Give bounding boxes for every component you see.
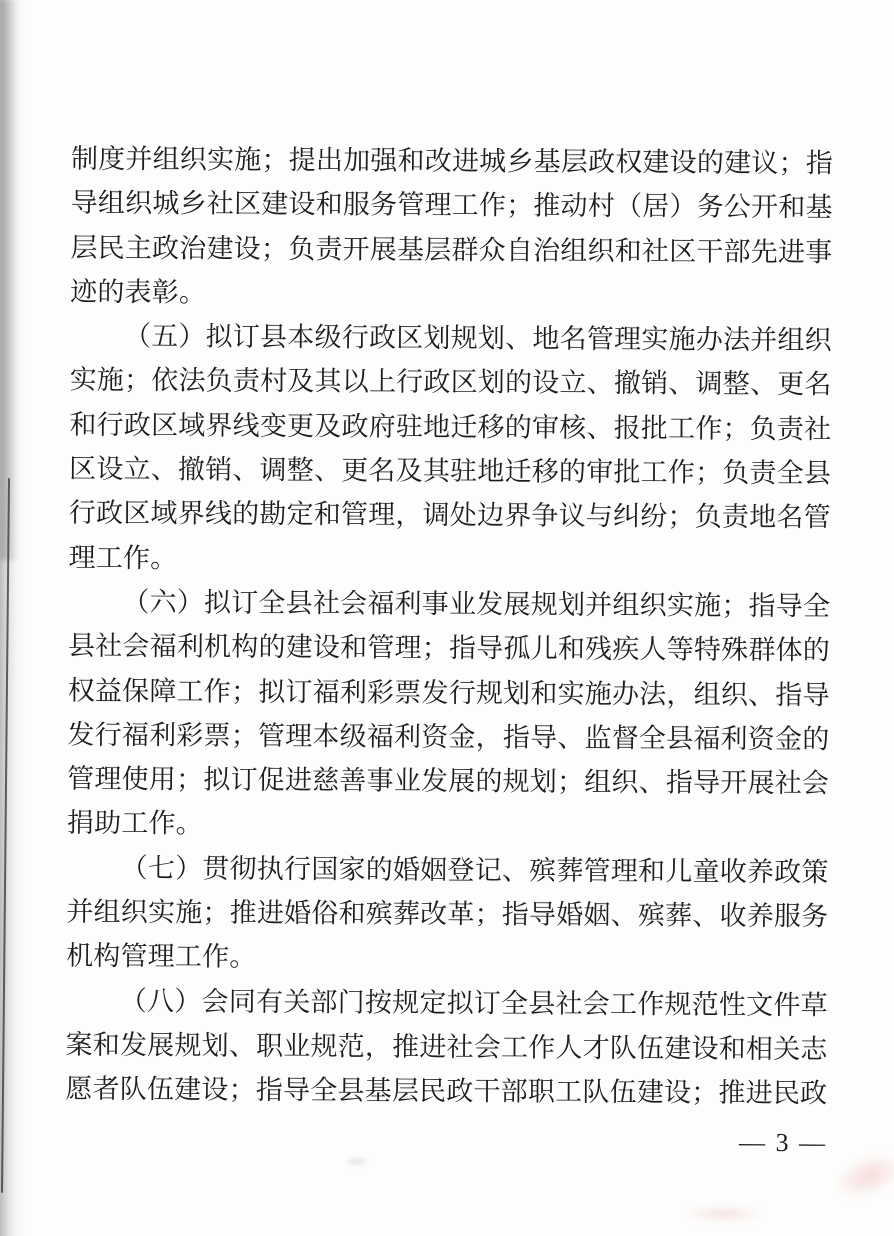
scan-smudge bbox=[829, 1144, 894, 1207]
scan-edge-shadow bbox=[0, 0, 28, 1236]
text-line: 县社会福利机构的建设和管理；指导孤儿和残疾人等特殊群体的 bbox=[68, 624, 830, 673]
text-line: 机构管理工作。 bbox=[66, 934, 828, 983]
text-line: 导组织城乡社区建设和服务管理工作；推动村（居）务公开和基 bbox=[71, 181, 833, 230]
text-line: 迹的表彰。 bbox=[70, 270, 832, 319]
paragraph-continuation: 制度并组织实施；提出加强和改进城乡基层政权建设的建议；指 导组织城乡社区建设和服… bbox=[70, 137, 833, 319]
text-line: 愿者队伍建设；指导全县基层民政干部职工队伍建设；推进民政 bbox=[65, 1067, 827, 1116]
text-line: 理工作。 bbox=[68, 535, 830, 584]
scanned-page: 制度并组织实施；提出加强和改进城乡基层政权建设的建议；指 导组织城乡社区建设和服… bbox=[0, 0, 894, 1236]
page-number: — 3 — bbox=[65, 1116, 827, 1165]
text-line: （六）拟订全县社会福利事业发展规划并组织实施；指导全 bbox=[68, 580, 830, 629]
text-line: 行政区域界线的勘定和管理，调处边界争议与纠纷；负责地名管 bbox=[69, 491, 831, 540]
text-line: 和行政区域界线变更及政府驻地迁移的审核、报批工作；负责社 bbox=[69, 402, 831, 451]
paragraph-item-8: （八）会同有关部门按规定拟订全县社会工作规范性文件草 案和发展规划、职业规范，推… bbox=[65, 978, 828, 1116]
text-line: 并组织实施；推进婚俗和殡葬改革；指导婚姻、殡葬、收养服务 bbox=[66, 890, 828, 939]
text-line: 管理使用；拟订促进慈善事业发展的规划；组织、指导开展社会 bbox=[67, 757, 829, 806]
text-line: 案和发展规划、职业规范，推进社会工作人才队伍建设和相关志 bbox=[65, 1023, 827, 1072]
document-body: 制度并组织实施；提出加强和改进城乡基层政权建设的建议；指 导组织城乡社区建设和服… bbox=[65, 137, 833, 1165]
text-line: 制度并组织实施；提出加强和改进城乡基层政权建设的建议；指 bbox=[71, 137, 833, 186]
text-line: 捐助工作。 bbox=[67, 801, 829, 850]
text-line: 层民主政治建设；负责开展基层群众自治组织和社区干部先进事 bbox=[70, 225, 832, 274]
text-line: （八）会同有关部门按规定拟订全县社会工作规范性文件草 bbox=[66, 978, 828, 1027]
text-line: 区设立、撤销、调整、更名及其驻地迁移的审批工作；负责全县 bbox=[69, 447, 831, 496]
text-line: （五）拟订县本级行政区划规划、地名管理实施办法并组织 bbox=[70, 314, 832, 363]
text-line: 实施；依法负责村及其以上行政区划的设立、撤销、调整、更名 bbox=[70, 358, 832, 407]
text-line: 发行福利彩票；管理本级福利资金，指导、监督全县福利资金的 bbox=[67, 713, 829, 762]
paragraph-item-7: （七）贯彻执行国家的婚姻登记、殡葬管理和儿童收养政策 并组织实施；推进婚俗和殡葬… bbox=[66, 845, 829, 983]
paragraph-item-6: （六）拟订全县社会福利事业发展规划并组织实施；指导全 县社会福利机构的建设和管理… bbox=[67, 580, 831, 850]
scan-smudge bbox=[684, 1205, 764, 1223]
paragraph-item-5: （五）拟订县本级行政区划规划、地名管理实施办法并组织 实施；依法负责村及其以上行… bbox=[68, 314, 832, 584]
text-line: 权益保障工作；拟订福利彩票发行规划和实施办法，组织、指导 bbox=[68, 668, 830, 717]
page-edge-line-artifact bbox=[1, 478, 10, 1193]
text-line: （七）贯彻执行国家的婚姻登记、殡葬管理和儿童收养政策 bbox=[67, 845, 829, 894]
scan-edge-shadow-top bbox=[0, 0, 22, 560]
